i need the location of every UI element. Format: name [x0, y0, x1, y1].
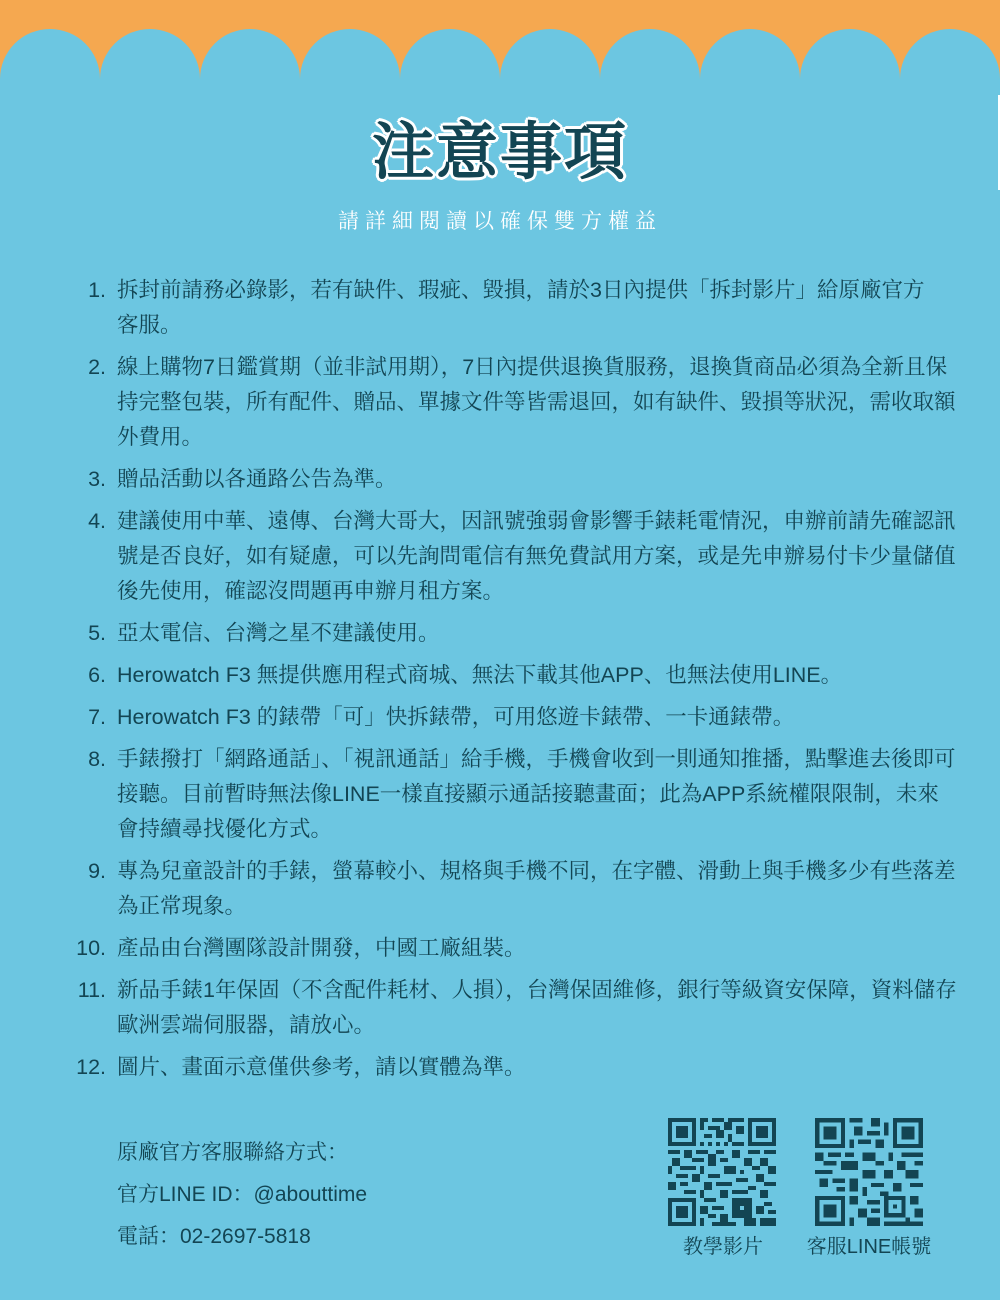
notice-item: 4. 建議使用中華、遠傳、台灣大哥大，因訊號強弱會影響手錶耗電情況，申辦前請先確… — [60, 504, 960, 609]
qr-code-icon — [815, 1118, 923, 1226]
notice-number: 7. — [60, 700, 106, 735]
qr-label-tutorial: 教學影片 — [668, 1232, 778, 1262]
notice-item: 12. 圖片、畫面示意僅供參考，請以實體為準。 — [60, 1050, 960, 1085]
contact-info: 原廠官方客服聯絡方式： 官方LINE ID：@abouttime 電話：02-2… — [117, 1132, 517, 1258]
notice-text: 線上購物7日鑑賞期（並非試用期），7日內提供退換貨服務，退換貨商品必須為全新且保… — [117, 355, 956, 449]
notice-text: 拆封前請務必錄影，若有缺件、瑕疵、毀損，請於3日內提供「拆封影片」給原廠官方客服… — [117, 278, 924, 337]
scallop-border — [0, 0, 1000, 120]
notice-text: 新品手錶1年保固（不含配件耗材、人損），台灣保固維修，銀行等級資安保障，資料儲存… — [117, 978, 957, 1037]
contact-phone: 電話：02-2697-5818 — [117, 1216, 517, 1258]
notice-number: 10. — [60, 931, 106, 966]
notice-item: 5. 亞太電信、台灣之星不建議使用。 — [60, 616, 960, 651]
notice-item: 10. 產品由台灣團隊設計開發，中國工廠組裝。 — [60, 931, 960, 966]
qr-label-line-account: 客服LINE帳號 — [796, 1232, 942, 1262]
notice-item: 9. 專為兒童設計的手錶，螢幕較小、規格與手機不同，在字體、滑動上與手機多少有些… — [60, 854, 960, 924]
notice-number: 1. — [60, 273, 106, 308]
page-title: 注意事項 — [0, 112, 1000, 192]
notice-text: 圖片、畫面示意僅供參考，請以實體為準。 — [117, 1055, 526, 1079]
notice-item: 7. Herowatch F3 的錶帶「可」快拆錶帶，可用悠遊卡錶帶、一卡通錶帶… — [60, 700, 960, 735]
notice-number: 4. — [60, 504, 106, 539]
notice-number: 2. — [60, 350, 106, 385]
notice-text: 手錶撥打「網路通話」、「視訊通話」給手機，手機會收到一則通知推播，點擊進去後即可… — [117, 747, 956, 841]
notice-number: 5. — [60, 616, 106, 651]
contact-line-id: 官方LINE ID：@abouttime — [117, 1174, 517, 1216]
notice-text: 建議使用中華、遠傳、台灣大哥大，因訊號強弱會影響手錶耗電情況，申辦前請先確認訊號… — [117, 509, 956, 603]
notice-number: 8. — [60, 742, 106, 777]
qr-code-line-account[interactable] — [815, 1118, 923, 1231]
notice-number: 9. — [60, 854, 106, 889]
notice-text: 贈品活動以各通路公告為準。 — [117, 467, 397, 491]
notice-item: 1. 拆封前請務必錄影，若有缺件、瑕疵、毀損，請於3日內提供「拆封影片」給原廠官… — [60, 273, 960, 343]
notice-number: 6. — [60, 658, 106, 693]
notice-item: 8. 手錶撥打「網路通話」、「視訊通話」給手機，手機會收到一則通知推播，點擊進去… — [60, 742, 960, 847]
notice-number: 3. — [60, 462, 106, 497]
notice-item: 6. Herowatch F3 無提供應用程式商城、無法下載其他APP、也無法使… — [60, 658, 960, 693]
notice-list: 1. 拆封前請務必錄影，若有缺件、瑕疵、毀損，請於3日內提供「拆封影片」給原廠官… — [60, 273, 960, 1092]
notice-text: Herowatch F3 的錶帶「可」快拆錶帶，可用悠遊卡錶帶、一卡通錶帶。 — [117, 705, 794, 729]
notice-number: 11. — [60, 973, 106, 1008]
page-subtitle: 請詳細閱讀以確保雙方權益 — [0, 206, 1000, 238]
notice-text: Herowatch F3 無提供應用程式商城、無法下載其他APP、也無法使用LI… — [117, 663, 842, 687]
qr-code-tutorial[interactable] — [668, 1118, 776, 1231]
notice-item: 11. 新品手錶1年保固（不含配件耗材、人損），台灣保固維修，銀行等級資安保障，… — [60, 973, 960, 1043]
notice-item: 3. 贈品活動以各通路公告為準。 — [60, 462, 960, 497]
qr-code-icon — [668, 1118, 776, 1226]
notice-number: 12. — [60, 1050, 106, 1085]
notice-text: 亞太電信、台灣之星不建議使用。 — [117, 621, 440, 645]
notice-text: 產品由台灣團隊設計開發，中國工廠組裝。 — [117, 936, 526, 960]
contact-heading: 原廠官方客服聯絡方式： — [117, 1132, 517, 1174]
notice-text: 專為兒童設計的手錶，螢幕較小、規格與手機不同，在字體、滑動上與手機多少有些落差為… — [117, 859, 956, 918]
notice-item: 2. 線上購物7日鑑賞期（並非試用期），7日內提供退換貨服務，退換貨商品必須為全… — [60, 350, 960, 455]
